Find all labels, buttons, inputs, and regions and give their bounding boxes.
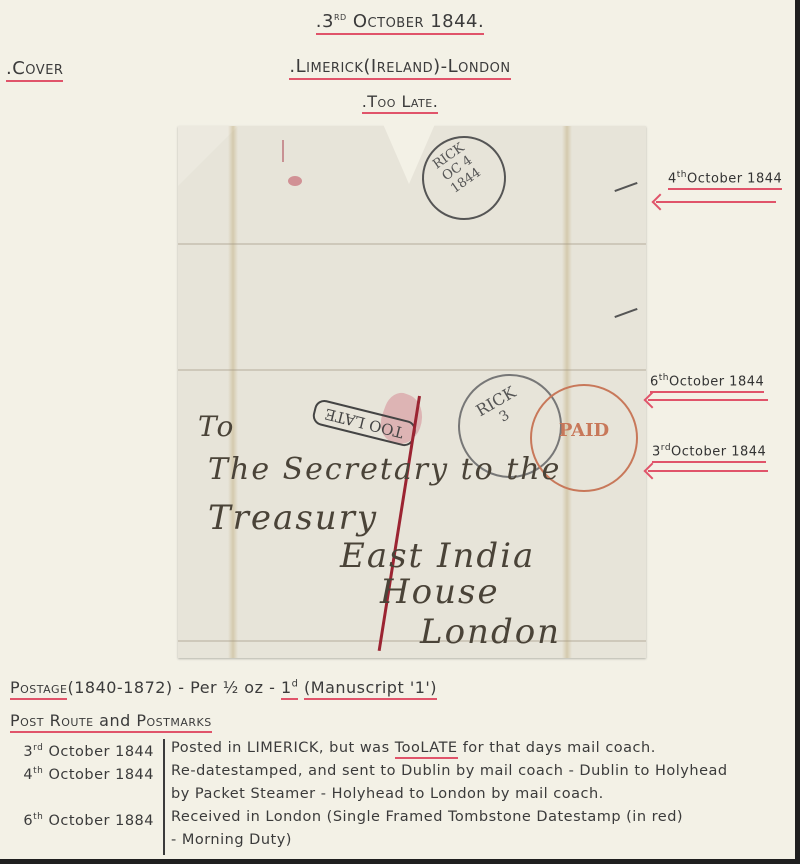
address-to: To: [198, 410, 235, 443]
route-desc-row: Re-datestamped, and sent to Dublin by ma…: [171, 760, 800, 783]
route-date: [12, 783, 154, 806]
route-date: [12, 829, 154, 852]
annotation-6th-october: 6thOctober 1844: [650, 373, 764, 393]
address-line-2: Treasury: [208, 498, 378, 538]
postage-rate-note: (Manuscript '1'): [304, 678, 437, 700]
fold-line: [178, 369, 646, 371]
title-route: .Limerick(Ireland)-London: [0, 56, 800, 80]
route-dates-column: 3rd October 1844 4th October 1844 6th Oc…: [12, 737, 154, 852]
title-too-late: .Too Late.: [0, 92, 800, 114]
title-date-text: .3rd October 1844.: [316, 10, 484, 35]
post-route-title: Post Route and Postmarks: [10, 711, 212, 730]
arrow-left-icon: [648, 399, 768, 401]
address-line-5: London: [420, 612, 561, 652]
route-description-column: Posted in LIMERICK, but was TooLATE for …: [171, 737, 800, 852]
address-line-3: East India: [340, 536, 535, 576]
postage-period: (1840-1872): [67, 678, 172, 697]
postage-rate-text: - Per ½ oz -: [173, 678, 281, 697]
route-date: 4th October 1844: [12, 760, 154, 783]
route-date: 3rd October 1844: [12, 737, 154, 760]
album-page: .3rd October 1844. .Cover .Limerick(Irel…: [0, 0, 795, 859]
postage-label: Postage: [10, 678, 67, 700]
fold-line: [228, 126, 238, 658]
red-mark: [282, 140, 292, 162]
route-desc-row: by Packet Steamer - Holyhead to London b…: [171, 783, 800, 806]
postage-rate: 1d: [281, 678, 298, 700]
manuscript-mark: [614, 182, 637, 192]
postage-line: Postage(1840-1872) - Per ½ oz - 1d (Manu…: [10, 678, 437, 697]
fold-line: [178, 640, 646, 642]
annotation-3rd-october: 3rdOctober 1844: [652, 443, 766, 463]
address-line-4: House: [380, 572, 500, 612]
fold-line: [178, 243, 646, 245]
manuscript-mark: [614, 308, 637, 318]
route-desc-row: Received in London (Single Framed Tombst…: [171, 806, 800, 829]
arrow-left-icon: [656, 201, 776, 203]
title-date: .3rd October 1844.: [0, 10, 800, 35]
address-line-1: The Secretary to the: [208, 452, 561, 487]
column-divider: [163, 739, 165, 855]
arrow-left-icon: [648, 470, 768, 472]
route-desc-row: - Morning Duty): [171, 829, 800, 852]
annotation-4th-october: 4thOctober 1844: [668, 170, 782, 190]
route-desc-row: Posted in LIMERICK, but was TooLATE for …: [171, 737, 800, 760]
red-mark: [288, 176, 302, 186]
route-date: 6th October 1884: [12, 806, 154, 829]
